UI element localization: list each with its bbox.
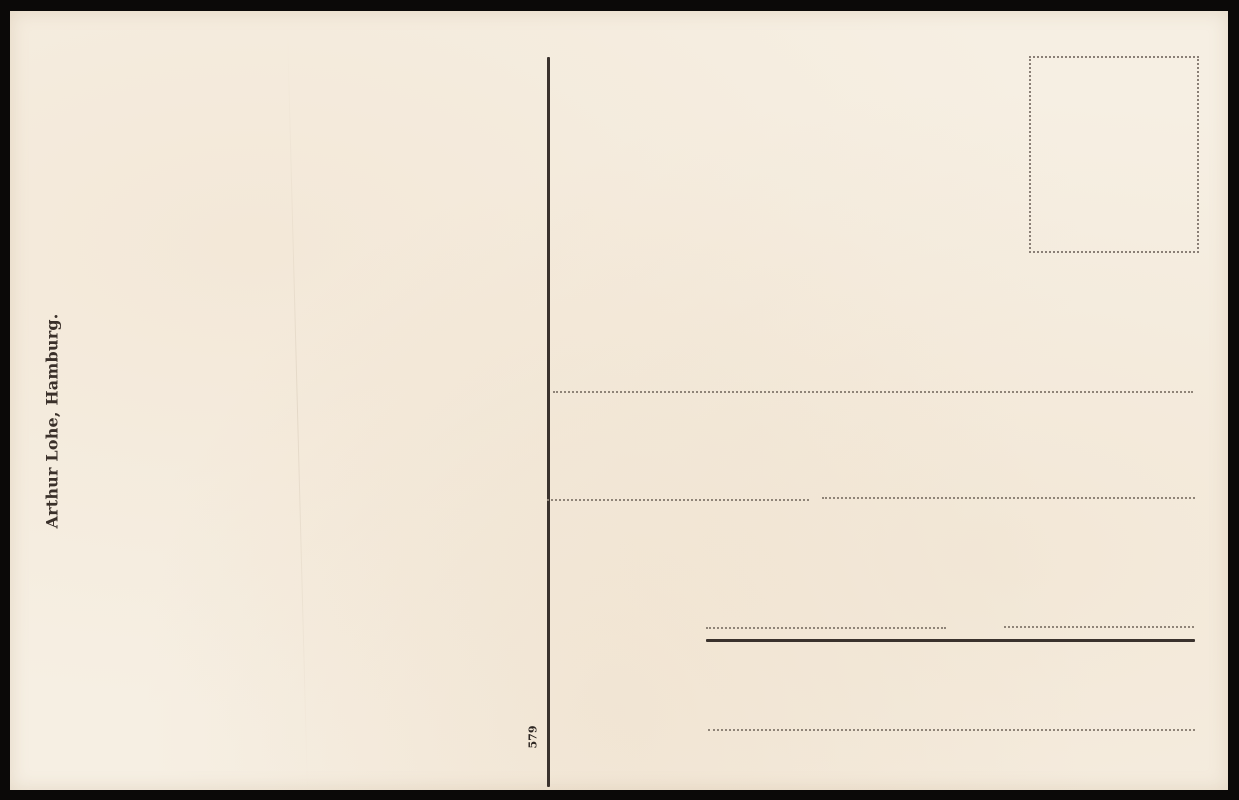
catalog-number: 579 bbox=[527, 726, 540, 749]
postcard-back: Arthur Lohe, Hamburg. 579 bbox=[10, 11, 1228, 790]
address-line-2b bbox=[822, 497, 1195, 499]
address-line-4 bbox=[708, 729, 1195, 731]
publisher-imprint: Arthur Lohe, Hamburg. bbox=[43, 314, 62, 529]
stamp-box bbox=[1029, 56, 1199, 253]
paper-fold-mark bbox=[287, 31, 308, 791]
address-line-solid bbox=[706, 639, 1195, 642]
address-line-2a bbox=[547, 499, 809, 501]
address-line-3a bbox=[706, 627, 946, 629]
center-divider-line bbox=[547, 57, 550, 787]
address-line-1 bbox=[553, 391, 1193, 393]
address-line-3b bbox=[1004, 626, 1194, 628]
